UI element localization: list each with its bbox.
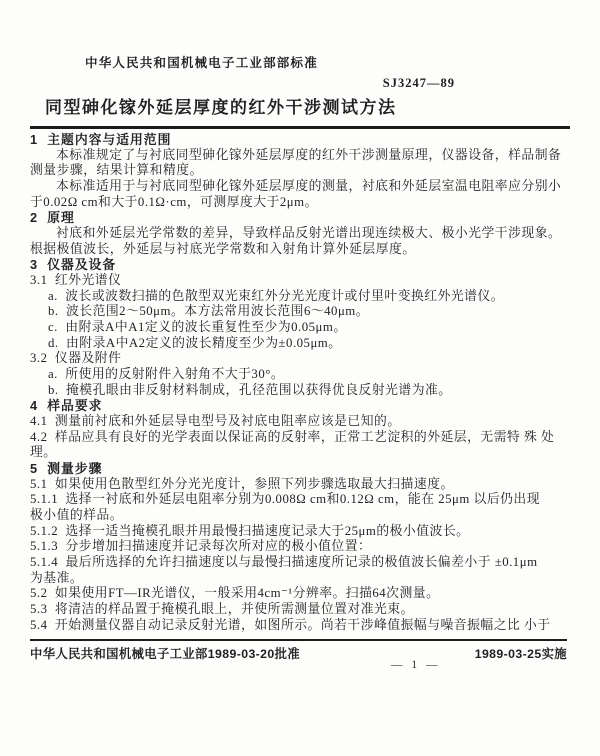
paragraph-line: 为基准。	[30, 571, 575, 587]
paragraph-line: 理。	[30, 445, 575, 461]
paragraph-line: b. 掩模孔眼由非反射材料制成，孔径范围以获得优良反射光谱为准。	[30, 383, 575, 399]
paragraph-line: 4.1 测量前衬底和外延层导电型号及衬底电阻率应该是已知的。	[30, 414, 575, 430]
paragraph-line: 5.1.4 最后所选择的允许扫描速度以与最慢扫描速度所记录的极值波长偏差小于 ±…	[30, 555, 575, 571]
paragraph-line: 于0.02Ω cm和大于0.1Ω·cm，可测厚度大于2μm。	[30, 195, 575, 211]
paragraph-line: 3.2 仪器及附件	[30, 351, 575, 367]
paragraph-line: 极小值的样品。	[30, 508, 575, 524]
title-divider	[30, 126, 570, 129]
paragraph-line: 本标准规定了与衬底同型砷化镓外延层厚度的红外干涉测量原理，仪器设备，样品制备	[30, 148, 575, 164]
paragraph-line: 根据极值波长，外延层与衬底光学常数和入射角计算外延层厚度。	[30, 242, 575, 258]
paragraph-line: 5.1.2 选择一适当掩模孔眼并用最慢扫描速度记录大于25μm的极小值波长。	[30, 524, 575, 540]
paragraph-line: 5.1.1 选择一衬底和外延层电阻率分别为0.008Ω cm和0.12Ω cm，…	[30, 492, 575, 508]
document-page: 中华人民共和国机械电子工业部部标准 SJ3247—89 同型砷化镓外延层厚度的红…	[0, 0, 600, 756]
standard-org-header: 中华人民共和国机械电子工业部部标准	[85, 53, 318, 71]
paragraph-line: 衬底和外延层光学常数的差异，导致样品反射光谱出现连续极大、极小光学干涉现象。	[30, 226, 575, 242]
paragraph-line: 测量步骤，结果计算和精度。	[30, 163, 575, 179]
implementation-note: 1989-03-25实施	[475, 644, 567, 662]
paragraph-line: 本标准适用于与衬底同型砷化镓外延层厚度的测量，衬底和外延层室温电阻率应分别小	[30, 179, 575, 195]
paragraph-line: d. 由附录A中A2定义的波长精度至少为±0.05μm。	[30, 336, 575, 352]
page-number: — 1 —	[391, 659, 441, 671]
paragraph-line: a. 波长或波数扫描的色散型双光束红外分光光度计或付里叶变换红外光谱仪。	[30, 289, 575, 305]
paragraph-line: 5.1.3 分步增加扫描速度并记录每次所对应的极小值位置：	[30, 539, 575, 555]
standard-number: SJ3247—89	[383, 76, 455, 91]
section-heading: 2 原理	[30, 210, 575, 226]
document-body: 1 主题内容与适用范围本标准规定了与衬底同型砷化镓外延层厚度的红外干涉测量原理，…	[30, 132, 575, 634]
paragraph-line: 5.1 如果使用色散型红外分光光度计，参照下列步骤选取最大扫描速度。	[30, 477, 575, 493]
paragraph-line: 4.2 样品应具有良好的光学表面以保证高的反射率，正常工艺淀积的外延层，无需特 …	[30, 430, 575, 446]
section-heading: 5 测量步骤	[30, 461, 575, 477]
footer-divider	[30, 639, 567, 641]
approval-note: 中华人民共和国机械电子工业部1989-03-20批准	[30, 644, 300, 662]
paragraph-line: a. 所使用的反射附件入射角不大于30°。	[30, 367, 575, 383]
paragraph-line: 5.2 如果使用FT—IR光谱仪，一般采用4cm⁻¹分辨率。扫描64次测量。	[30, 586, 575, 602]
paragraph-line: b. 波长范围2～50μm。本方法常用波长范围6～40μm。	[30, 304, 575, 320]
document-title: 同型砷化镓外延层厚度的红外干涉测试方法	[45, 93, 397, 118]
paragraph-line: 5.3 将清洁的样品置于掩模孔眼上，并使所需测量位置对准光束。	[30, 602, 575, 618]
section-heading: 3 仪器及设备	[30, 257, 575, 273]
paragraph-line: 5.4 开始测量仪器自动记录反射光谱，如图所示。尚若干涉峰值振幅与噪音振幅之比 …	[30, 618, 575, 634]
section-heading: 4 样品要求	[30, 398, 575, 414]
section-heading: 1 主题内容与适用范围	[30, 132, 575, 148]
paragraph-line: c. 由附录A中A1定义的波长重复性至少为0.05μm。	[30, 320, 575, 336]
paragraph-line: 3.1 红外光谱仪	[30, 273, 575, 289]
